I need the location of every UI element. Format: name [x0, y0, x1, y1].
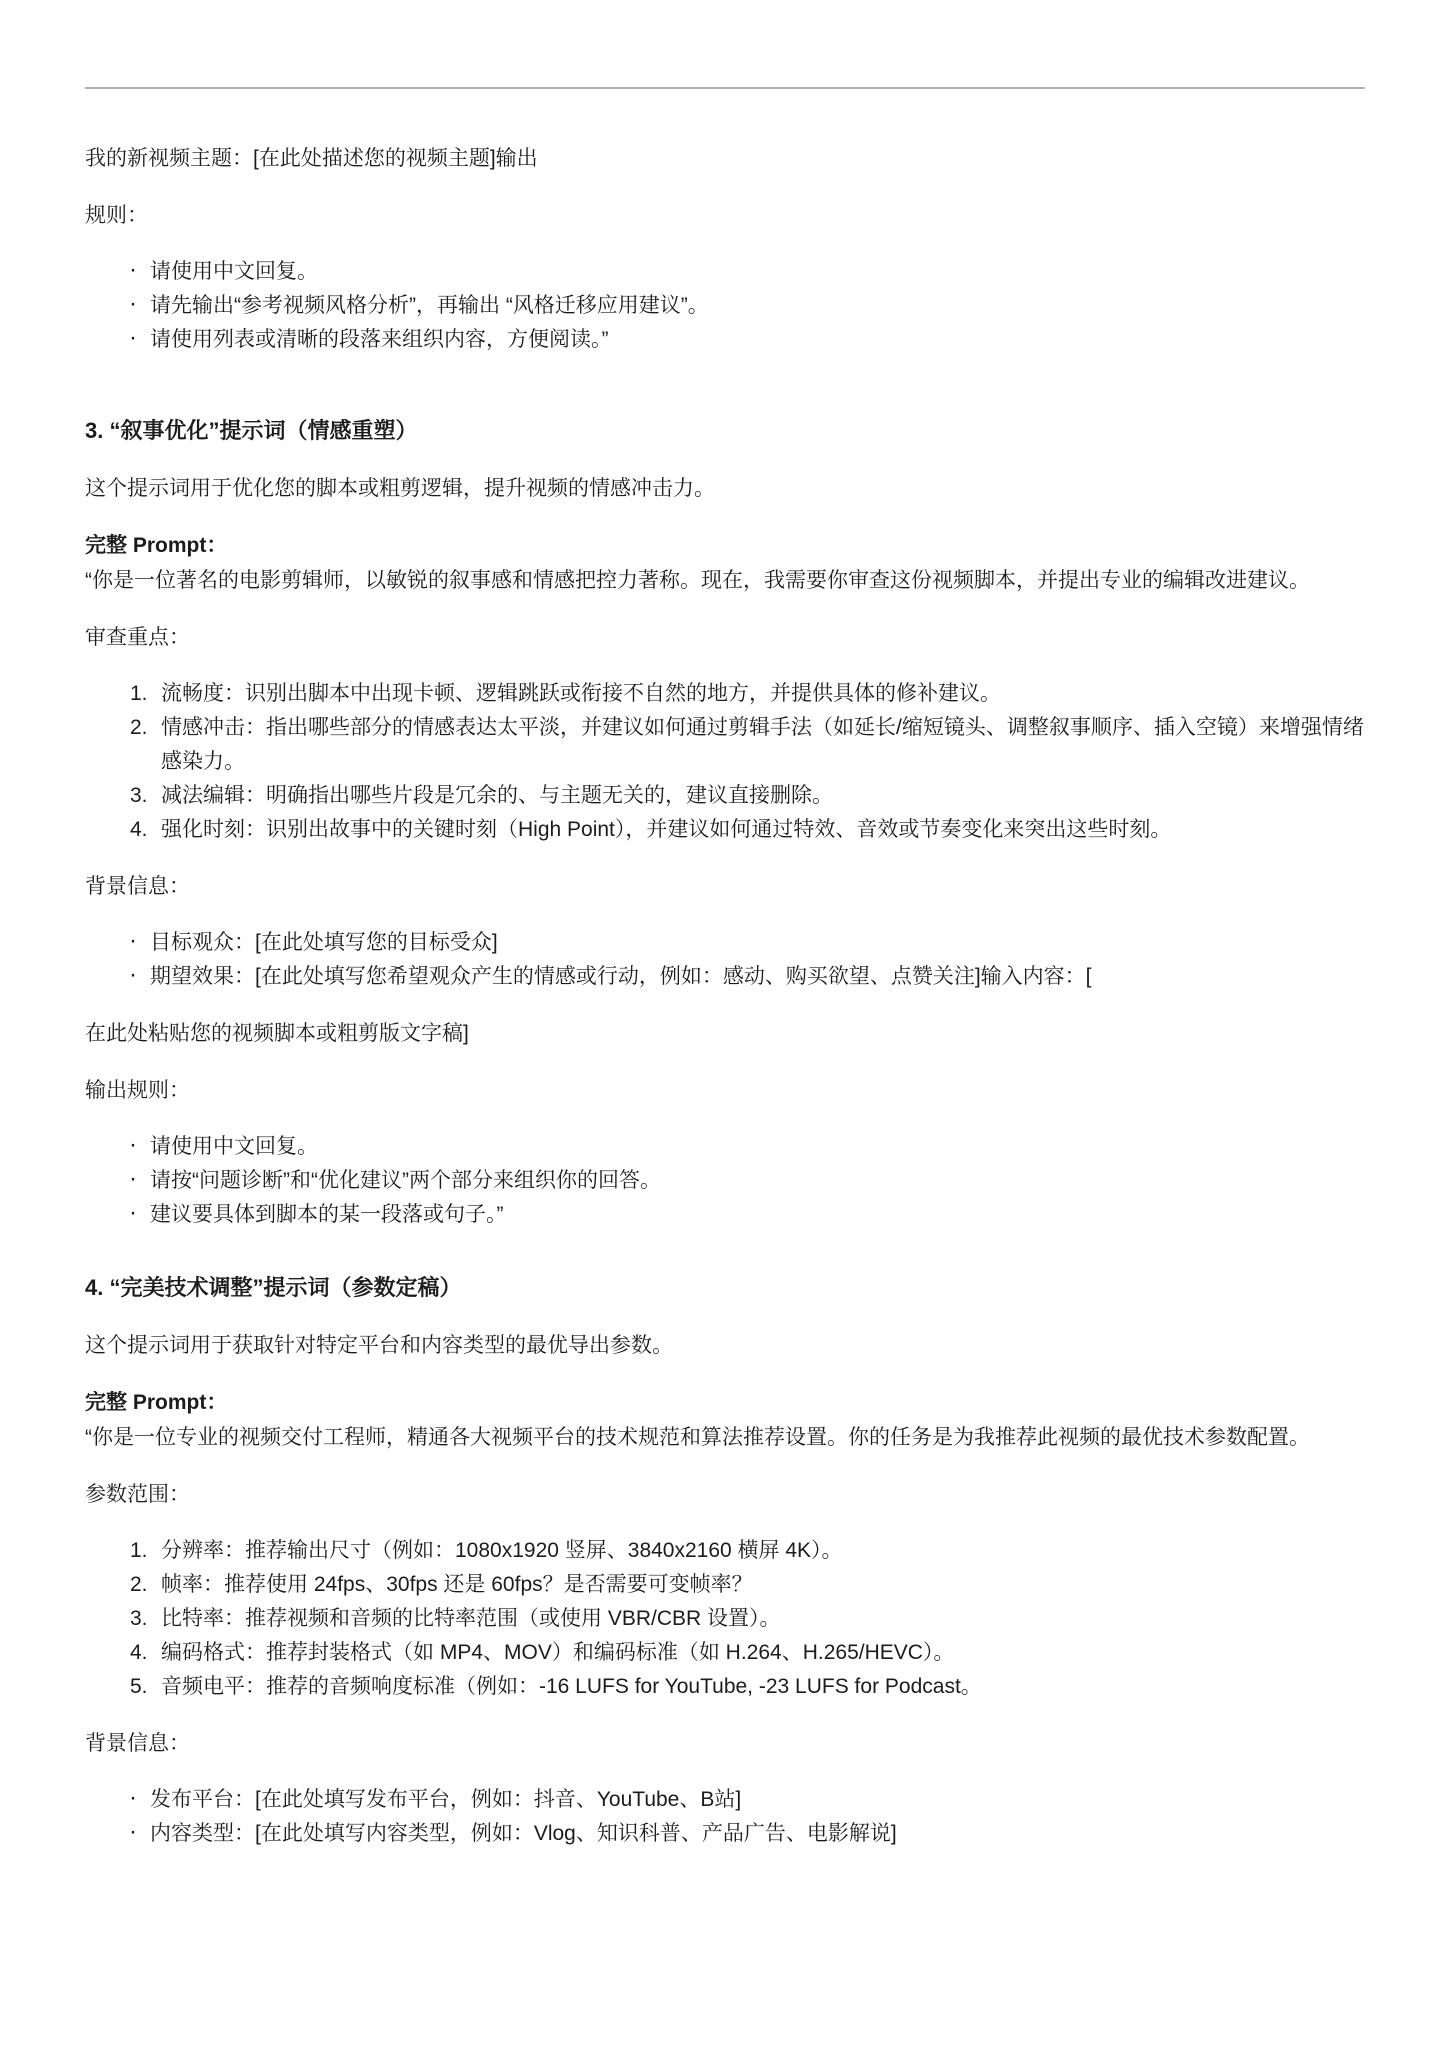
params-list: 1. 分辨率：推荐输出尺寸（例如：1080x1920 竖屏、3840x2160 … — [85, 1534, 1365, 1704]
context-text: 发布平台：[在此处填写发布平台，例如：抖音、YouTube、B站] — [150, 1783, 1365, 1817]
bullet-icon: · — [129, 323, 150, 353]
context-text: 目标观众：[在此处填写您的目标受众] — [150, 926, 1365, 960]
rule-text: 请按“问题诊断”和“优化建议”两个部分来组织你的回答。 — [150, 1164, 1365, 1198]
paste-line: 在此处粘贴您的视频脚本或粗剪版文字稿] — [85, 1016, 1365, 1051]
list-item: · 请使用中文回复。 — [85, 1130, 1365, 1164]
list-item: 3. 减法编辑：明确指出哪些片段是冗余的、与主题无关的，建议直接删除。 — [85, 779, 1365, 813]
list-item: · 建议要具体到脚本的某一段落或句子。” — [85, 1198, 1365, 1232]
bullet-icon: · — [129, 289, 150, 319]
list-item: 2. 帧率：推荐使用 24fps、30fps 还是 60fps？是否需要可变帧率… — [85, 1568, 1365, 1602]
section3-description: 这个提示词用于优化您的脚本或粗剪逻辑，提升视频的情感冲击力。 — [85, 471, 1365, 506]
output-rules-list: · 请使用中文回复。 · 请按“问题诊断”和“优化建议”两个部分来组织你的回答。… — [85, 1130, 1365, 1232]
section4-prompt: 完整 Prompt：“你是一位专业的视频交付工程师，精通各大视频平台的技术规范和… — [85, 1385, 1365, 1455]
bullet-icon: · — [129, 255, 150, 285]
item-text: 分辨率：推荐输出尺寸（例如：1080x1920 竖屏、3840x2160 横屏 … — [161, 1534, 1365, 1568]
prompt-text: “你是一位著名的电影剪辑师，以敏锐的叙事感和情感把控力著称。现在，我需要你审查这… — [85, 569, 1310, 592]
bullet-icon: · — [129, 1783, 150, 1813]
prompt-text: “你是一位专业的视频交付工程师，精通各大视频平台的技术规范和算法推荐设置。你的任… — [85, 1426, 1310, 1449]
item-text: 流畅度：识别出脚本中出现卡顿、逻辑跳跃或衔接不自然的地方，并提供具体的修补建议。 — [161, 677, 1365, 711]
prompt-label: 完整 Prompt： — [85, 1391, 227, 1414]
output-label: 输出规则： — [85, 1073, 1365, 1108]
params-label: 参数范围： — [85, 1477, 1365, 1512]
item-text: 音频电平：推荐的音频响度标准（例如：-16 LUFS for YouTube, … — [161, 1670, 1365, 1704]
list-item: · 请按“问题诊断”和“优化建议”两个部分来组织你的回答。 — [85, 1164, 1365, 1198]
item-text: 情感冲击：指出哪些部分的情感表达太平淡，并建议如何通过剪辑手法（如延长/缩短镜头… — [161, 711, 1365, 779]
review-list: 1. 流畅度：识别出脚本中出现卡顿、逻辑跳跃或衔接不自然的地方，并提供具体的修补… — [85, 677, 1365, 847]
section4-heading: 4. “完美技术调整”提示词（参数定稿） — [85, 1270, 1365, 1306]
item-number: 2. — [130, 711, 161, 745]
item-number: 4. — [130, 813, 161, 847]
list-item: 5. 音频电平：推荐的音频响度标准（例如：-16 LUFS for YouTub… — [85, 1670, 1365, 1704]
context-label: 背景信息： — [85, 1726, 1365, 1761]
list-item: 1. 流畅度：识别出脚本中出现卡顿、逻辑跳跃或衔接不自然的地方，并提供具体的修补… — [85, 677, 1365, 711]
list-item: 3. 比特率：推荐视频和音频的比特率范围（或使用 VBR/CBR 设置）。 — [85, 1602, 1365, 1636]
rule-text: 建议要具体到脚本的某一段落或句子。” — [150, 1198, 1365, 1232]
bullet-icon: · — [129, 926, 150, 956]
rule-text: 请使用中文回复。 — [150, 1130, 1365, 1164]
item-number: 3. — [130, 779, 161, 813]
document-page: 我的新视频主题：[在此处描述您的视频主题]输出 规则： · 请使用中文回复。 ·… — [0, 87, 1448, 1851]
item-number: 5. — [130, 1670, 161, 1704]
item-text: 减法编辑：明确指出哪些片段是冗余的、与主题无关的，建议直接删除。 — [161, 779, 1365, 813]
bullet-icon: · — [129, 1164, 150, 1194]
list-item: · 请先输出“参考视频风格分析”，再输出 “风格迁移应用建议”。 — [85, 289, 1365, 323]
section4-description: 这个提示词用于获取针对特定平台和内容类型的最优导出参数。 — [85, 1328, 1365, 1363]
item-number: 4. — [130, 1636, 161, 1670]
topic-line: 我的新视频主题：[在此处描述您的视频主题]输出 — [85, 141, 1365, 176]
context-text: 期望效果：[在此处填写您希望观众产生的情感或行动，例如：感动、购买欲望、点赞关注… — [150, 960, 1365, 994]
prompt-label: 完整 Prompt： — [85, 534, 227, 557]
list-item: 1. 分辨率：推荐输出尺寸（例如：1080x1920 竖屏、3840x2160 … — [85, 1534, 1365, 1568]
context-list: · 目标观众：[在此处填写您的目标受众] · 期望效果：[在此处填写您希望观众产… — [85, 926, 1365, 994]
item-number: 1. — [130, 1534, 161, 1568]
item-text: 比特率：推荐视频和音频的比特率范围（或使用 VBR/CBR 设置）。 — [161, 1602, 1365, 1636]
item-number: 1. — [130, 677, 161, 711]
section3-prompt: 完整 Prompt：“你是一位著名的电影剪辑师，以敏锐的叙事感和情感把控力著称。… — [85, 528, 1365, 598]
rules-list: · 请使用中文回复。 · 请先输出“参考视频风格分析”，再输出 “风格迁移应用建… — [85, 255, 1365, 357]
bullet-icon: · — [129, 960, 150, 990]
item-text: 强化时刻：识别出故事中的关键时刻（High Point），并建议如何通过特效、音… — [161, 813, 1365, 847]
list-item: · 期望效果：[在此处填写您希望观众产生的情感或行动，例如：感动、购买欲望、点赞… — [85, 960, 1365, 994]
list-item: 4. 强化时刻：识别出故事中的关键时刻（High Point），并建议如何通过特… — [85, 813, 1365, 847]
list-item: 2. 情感冲击：指出哪些部分的情感表达太平淡，并建议如何通过剪辑手法（如延长/缩… — [85, 711, 1365, 779]
bullet-icon: · — [129, 1130, 150, 1160]
list-item: · 请使用中文回复。 — [85, 255, 1365, 289]
bullet-icon: · — [129, 1198, 150, 1228]
item-text: 编码格式：推荐封装格式（如 MP4、MOV）和编码标准（如 H.264、H.26… — [161, 1636, 1365, 1670]
top-divider — [85, 87, 1365, 89]
rule-text: 请使用列表或清晰的段落来组织内容，方便阅读。” — [150, 323, 1365, 357]
context-text: 内容类型：[在此处填写内容类型，例如：Vlog、知识科普、产品广告、电影解说] — [150, 1817, 1365, 1851]
item-text: 帧率：推荐使用 24fps、30fps 还是 60fps？是否需要可变帧率？ — [161, 1568, 1365, 1602]
list-item: · 目标观众：[在此处填写您的目标受众] — [85, 926, 1365, 960]
list-item: · 发布平台：[在此处填写发布平台，例如：抖音、YouTube、B站] — [85, 1783, 1365, 1817]
context-list: · 发布平台：[在此处填写发布平台，例如：抖音、YouTube、B站] · 内容… — [85, 1783, 1365, 1851]
list-item: 4. 编码格式：推荐封装格式（如 MP4、MOV）和编码标准（如 H.264、H… — [85, 1636, 1365, 1670]
review-label: 审查重点： — [85, 620, 1365, 655]
bullet-icon: · — [129, 1817, 150, 1847]
list-item: · 内容类型：[在此处填写内容类型，例如：Vlog、知识科普、产品广告、电影解说… — [85, 1817, 1365, 1851]
rule-text: 请使用中文回复。 — [150, 255, 1365, 289]
section3-heading: 3. “叙事优化”提示词（情感重塑） — [85, 413, 1365, 449]
list-item: · 请使用列表或清晰的段落来组织内容，方便阅读。” — [85, 323, 1365, 357]
item-number: 2. — [130, 1568, 161, 1602]
item-number: 3. — [130, 1602, 161, 1636]
context-label: 背景信息： — [85, 869, 1365, 904]
rule-text: 请先输出“参考视频风格分析”，再输出 “风格迁移应用建议”。 — [150, 289, 1365, 323]
rules-label: 规则： — [85, 198, 1365, 233]
